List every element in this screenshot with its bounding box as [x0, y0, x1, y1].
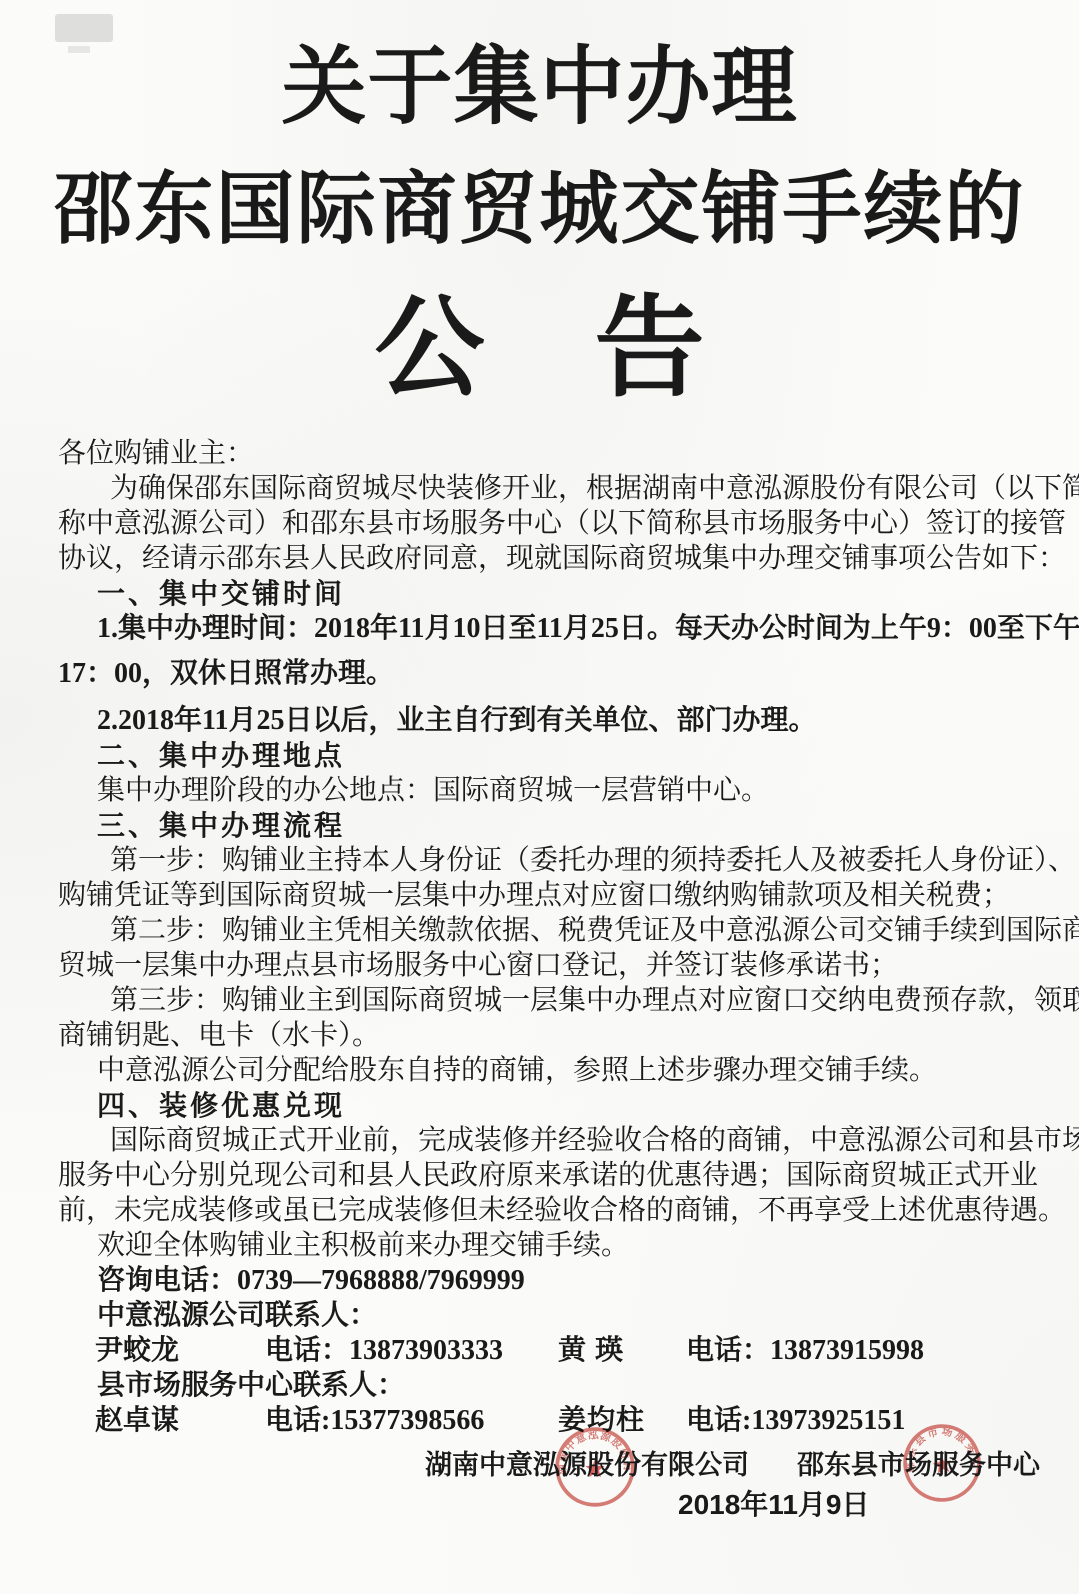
document-title-line-3: 公 告	[0, 294, 1079, 404]
contact-name: 黄 瑛	[558, 1333, 686, 1368]
document-line: 为确保邵东国际商贸城尽快装修开业，根据湖南中意泓源股份有限公司（以下简	[58, 471, 1045, 506]
document-line: 第二步：购铺业主凭相关缴款依据、税费凭证及中意泓源公司交铺手续到国际商	[58, 913, 1045, 948]
phone-number: 13873903333	[349, 1335, 503, 1366]
announcement-document: 关于集中办理 邵东国际商贸城交铺手续的 公 告 各位购铺业主： 为确保邵东国际商…	[0, 0, 1079, 1594]
phone-number: 13973925151	[751, 1405, 905, 1436]
signature-orgs: 湖南中意泓源股份有限公司邵东县市场服务中心	[0, 1450, 1079, 1480]
contact-phone: 电话:13973925151	[686, 1403, 905, 1438]
phone-label: 电话:	[265, 1405, 330, 1436]
contact-phone: 电话:15377398566	[265, 1403, 558, 1438]
phone-label: 电话:	[686, 1405, 751, 1436]
salutation-line: 各位购铺业主：	[58, 436, 1045, 471]
contact-phone: 电话：13873903333	[265, 1333, 558, 1368]
signature-date: 2018年11月9日	[0, 1490, 1079, 1520]
phone-label: 电话：	[686, 1335, 770, 1366]
hotline-line: 咨询电话：0739—7968888/7969999	[58, 1263, 1045, 1298]
contact-row: 尹蛟龙电话：13873903333黄 瑛电话：13873915998	[58, 1333, 1045, 1368]
document-title-line-2: 邵东国际商贸城交铺手续的	[0, 171, 1079, 250]
section-heading-3: 三、集中办理流程	[58, 808, 1045, 843]
document-line: 购铺凭证等到国际商贸城一层集中办理点对应窗口缴纳购铺款项及相关税费；	[58, 878, 1045, 913]
signature-org-1: 湖南中意泓源股份有限公司	[425, 1450, 749, 1480]
document-title-line-1: 关于集中办理	[0, 46, 1079, 131]
document-line: 贸城一层集中办理点县市场服务中心窗口登记，并签订装修承诺书；	[58, 948, 1045, 983]
signature-block: 湖南中意泓源股份有限公司邵东县市场服务中心 2018年11月9日	[0, 1450, 1079, 1520]
phone-number: 13873915998	[770, 1335, 924, 1366]
signature-org-2: 邵东县市场服务中心	[797, 1450, 1040, 1480]
contact-phone: 电话：13873915998	[686, 1333, 924, 1368]
document-body: 各位购铺业主： 为确保邵东国际商贸城尽快装修开业，根据湖南中意泓源股份有限公司（…	[58, 436, 1045, 1438]
document-line: 2.2018年11月25日以后，业主自行到有关单位、部门办理。	[58, 703, 1045, 738]
document-line: 协议，经请示邵东县人民政府同意，现就国际商贸城集中办理交铺事项公告如下：	[58, 541, 1045, 576]
scan-artifact	[68, 46, 90, 53]
document-line: 第一步：购铺业主持本人身份证（委托办理的须持委托人及被委托人身份证）、	[58, 843, 1045, 878]
phone-number: 15377398566	[330, 1405, 484, 1436]
center-contacts-label: 县市场服务中心联系人：	[58, 1368, 1045, 1403]
scan-artifact	[55, 14, 113, 42]
document-line: 国际商贸城正式开业前，完成装修并经验收合格的商铺，中意泓源公司和县市场	[58, 1123, 1045, 1158]
closing-invitation-line: 欢迎全体购铺业主积极前来办理交铺手续。	[58, 1228, 1045, 1263]
phone-label: 电话：	[265, 1335, 349, 1366]
section-heading-4: 四、装修优惠兑现	[58, 1088, 1045, 1123]
document-line: 中意泓源公司分配给股东自持的商铺，参照上述步骤办理交铺手续。	[58, 1053, 1045, 1088]
document-line: 集中办理阶段的办公地点：国际商贸城一层营销中心。	[58, 773, 1045, 808]
company-contacts-label: 中意泓源公司联系人：	[58, 1298, 1045, 1333]
document-line: 前，未完成装修或虽已完成装修但未经验收合格的商铺，不再享受上述优惠待遇。	[58, 1193, 1045, 1228]
document-line: 第三步：购铺业主到国际商贸城一层集中办理点对应窗口交纳电费预存款，领取	[58, 983, 1045, 1018]
contact-name: 尹蛟龙	[95, 1333, 265, 1368]
document-line: 称中意泓源公司）和邵东县市场服务中心（以下简称县市场服务中心）签订的接管	[58, 506, 1045, 541]
document-line: 1.集中办理时间：2018年11月10日至11月25日。每天办公时间为上午9：0…	[58, 611, 1045, 646]
document-line: 17：00，双休日照常办理。	[58, 656, 1045, 691]
section-heading-1: 一、集中交铺时间	[58, 576, 1045, 611]
document-line: 服务中心分别兑现公司和县人民政府原来承诺的优惠待遇；国际商贸城正式开业	[58, 1158, 1045, 1193]
section-heading-2: 二、集中办理地点	[58, 738, 1045, 773]
contact-name: 赵卓谋	[95, 1403, 265, 1438]
document-line: 商铺钥匙、电卡（水卡）。	[58, 1018, 1045, 1053]
